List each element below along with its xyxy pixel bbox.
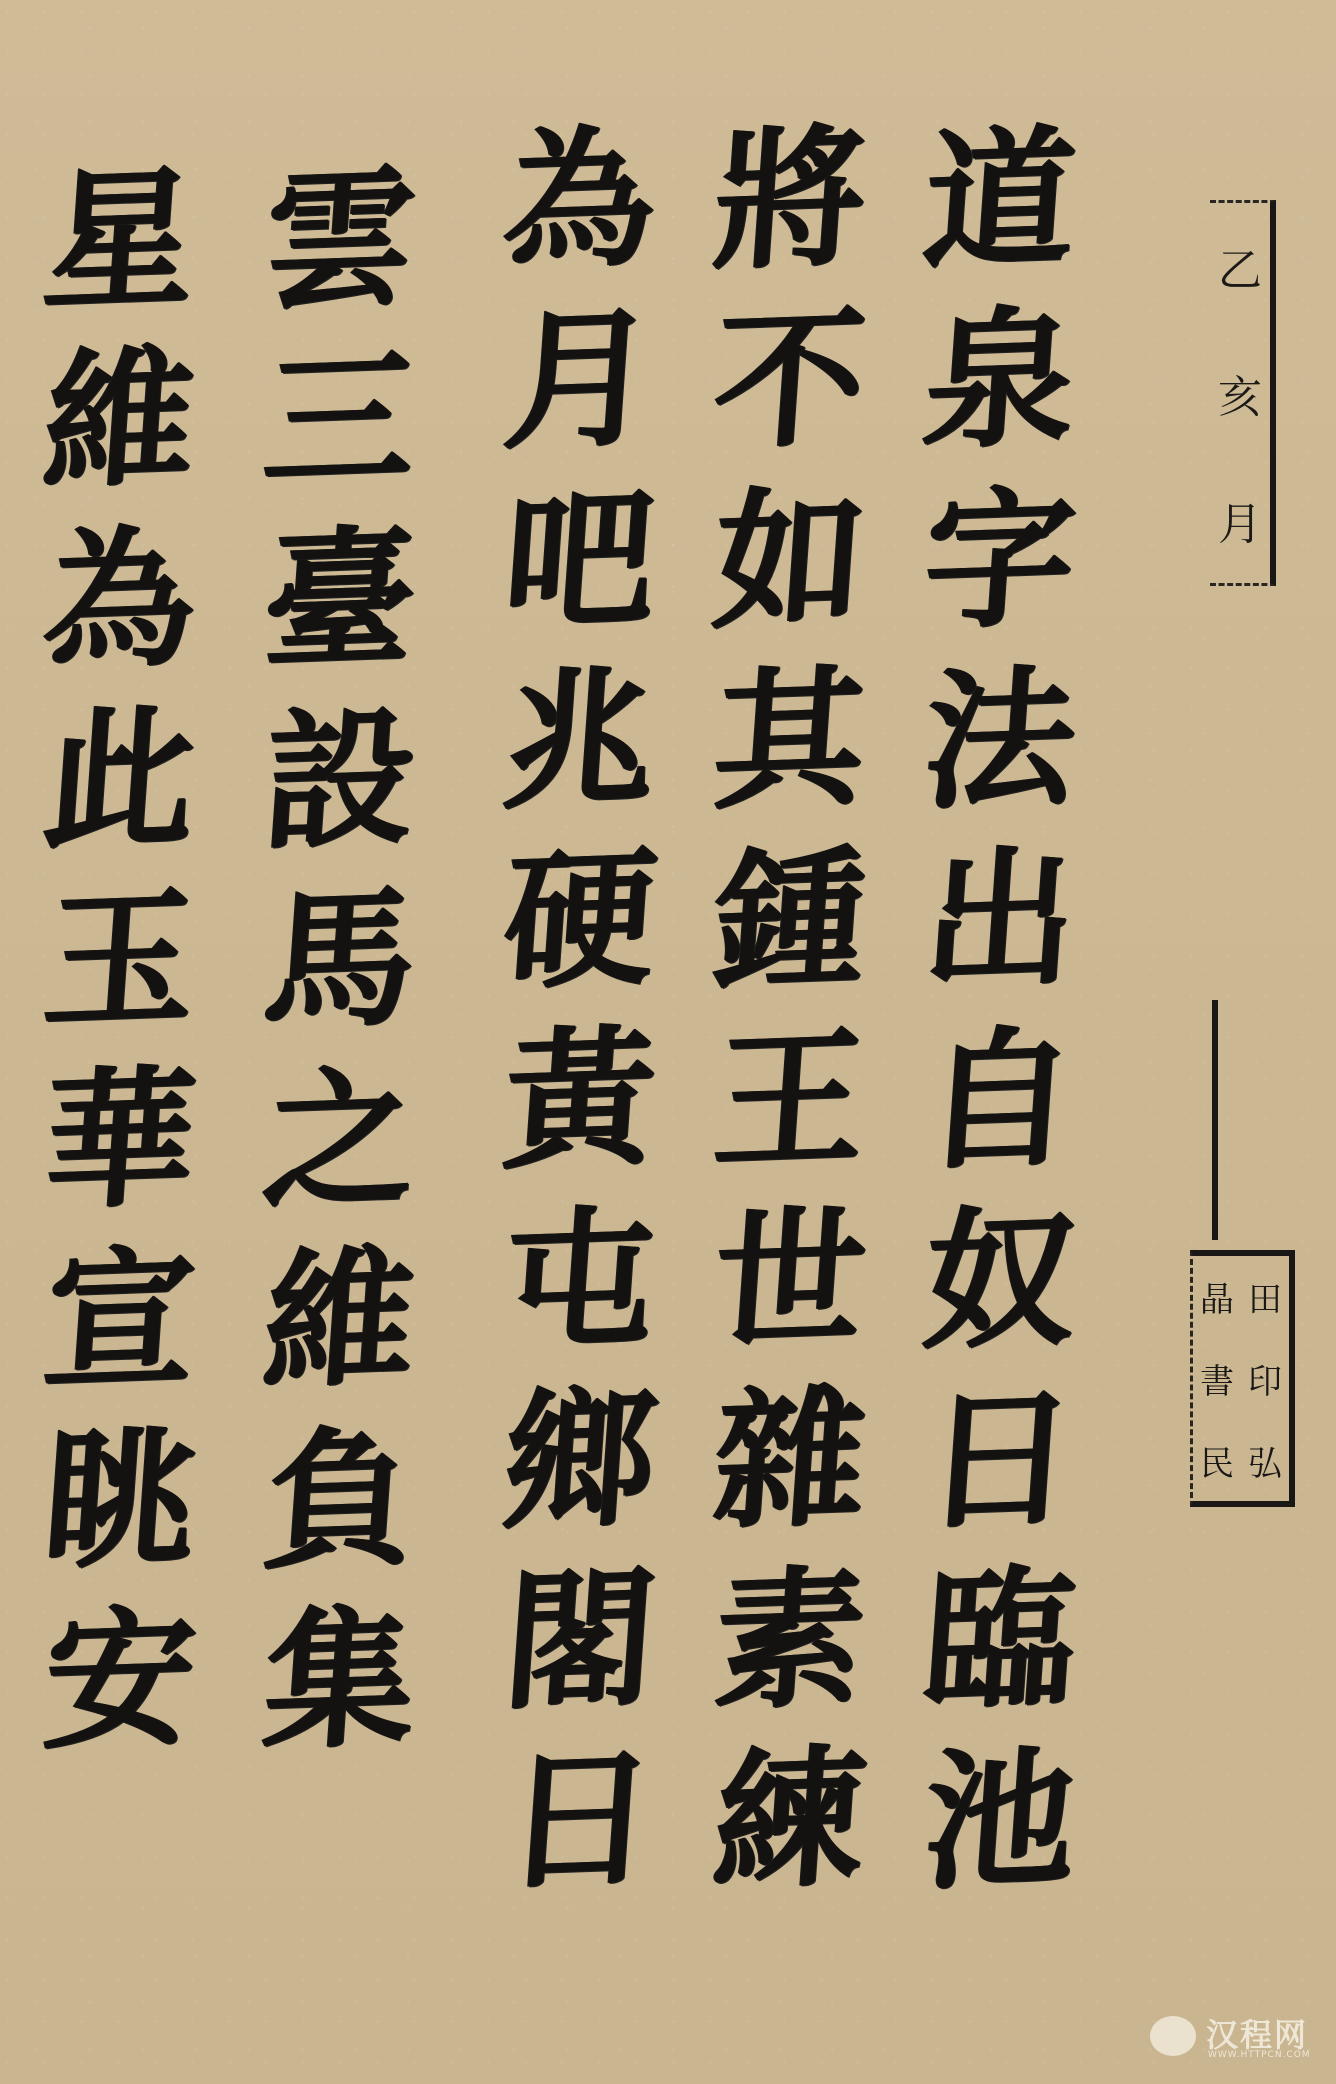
character: 將 xyxy=(708,107,871,292)
character: 宣 xyxy=(38,1227,201,1412)
seal-border-line xyxy=(1212,1000,1226,1240)
character: 自 xyxy=(918,1007,1081,1192)
watermark: 汉程网 WWW.HTTPCN.COM xyxy=(1150,2010,1330,2070)
character: 維 xyxy=(38,327,201,512)
character: 道 xyxy=(918,107,1081,292)
character: 硬 xyxy=(498,827,661,1012)
seal-character: 晶 xyxy=(1193,1272,1241,1321)
character: 出 xyxy=(918,827,1081,1012)
character: 安 xyxy=(38,1587,201,1772)
character: 兆 xyxy=(498,647,661,832)
column-4: 雲 三 臺 設 馬 之 維 負 集 xyxy=(240,150,440,1770)
character: 臺 xyxy=(258,507,421,692)
character: 閣 xyxy=(498,1547,661,1732)
seal-character: 民 xyxy=(1193,1436,1241,1485)
column-5: 星 維 為 此 玉 華 宣 眺 安 xyxy=(20,150,220,1770)
column-1: 道 泉 字 法 出 自 奴 日 臨 池 xyxy=(900,110,1100,1910)
character: 黃 xyxy=(498,1007,661,1192)
character: 玉 xyxy=(38,867,201,1052)
character: 泉 xyxy=(918,287,1081,472)
character: 馬 xyxy=(258,867,421,1052)
seal-character: 印 xyxy=(1241,1354,1289,1403)
character: 星 xyxy=(38,147,201,332)
character: 池 xyxy=(918,1727,1081,1912)
seal-bottom: 晶 田 書 印 民 弘 xyxy=(1190,1250,1295,1507)
character: 月 xyxy=(498,287,661,472)
column-3: 為 月 吧 兆 硬 黃 屯 鄉 閣 日 xyxy=(480,110,680,1910)
seal-character: 乙 xyxy=(1218,234,1262,298)
character: 為 xyxy=(498,107,661,292)
character: 三 xyxy=(258,327,421,512)
seal-character: 弘 xyxy=(1241,1436,1289,1485)
watermark-url: WWW.HTTPCN.COM xyxy=(1208,2050,1311,2060)
seal-character: 書 xyxy=(1193,1354,1241,1403)
seal-character: 月 xyxy=(1218,488,1262,552)
character: 眺 xyxy=(38,1407,201,1592)
character: 素 xyxy=(708,1547,871,1732)
character: 之 xyxy=(258,1047,421,1232)
column-2: 將 不 如 其 鍾 王 世 雜 素 練 xyxy=(690,110,890,1910)
seal-top: 乙 亥 月 xyxy=(1210,200,1276,586)
character: 雲 xyxy=(258,147,421,332)
character: 設 xyxy=(258,687,421,872)
character: 練 xyxy=(708,1727,871,1912)
character: 不 xyxy=(708,287,871,472)
character: 集 xyxy=(258,1587,421,1772)
character: 負 xyxy=(258,1407,421,1592)
character: 雜 xyxy=(708,1367,871,1552)
character: 字 xyxy=(918,467,1081,652)
character: 維 xyxy=(258,1227,421,1412)
character: 吧 xyxy=(498,467,661,652)
character: 此 xyxy=(38,687,201,872)
character: 如 xyxy=(708,467,871,652)
character: 其 xyxy=(708,647,871,832)
character: 日 xyxy=(918,1367,1081,1552)
character: 鍾 xyxy=(708,827,871,1012)
dragon-logo-icon xyxy=(1150,2016,1196,2056)
character: 為 xyxy=(38,507,201,692)
character: 日 xyxy=(498,1727,661,1912)
character: 鄉 xyxy=(498,1367,661,1552)
character: 法 xyxy=(918,647,1081,832)
character: 屯 xyxy=(498,1187,661,1372)
seal-character: 田 xyxy=(1241,1272,1289,1321)
character: 王 xyxy=(708,1007,871,1192)
character: 奴 xyxy=(918,1187,1081,1372)
character: 世 xyxy=(708,1187,871,1372)
seal-character: 亥 xyxy=(1218,361,1262,425)
character: 華 xyxy=(38,1047,201,1232)
character: 臨 xyxy=(918,1547,1081,1732)
